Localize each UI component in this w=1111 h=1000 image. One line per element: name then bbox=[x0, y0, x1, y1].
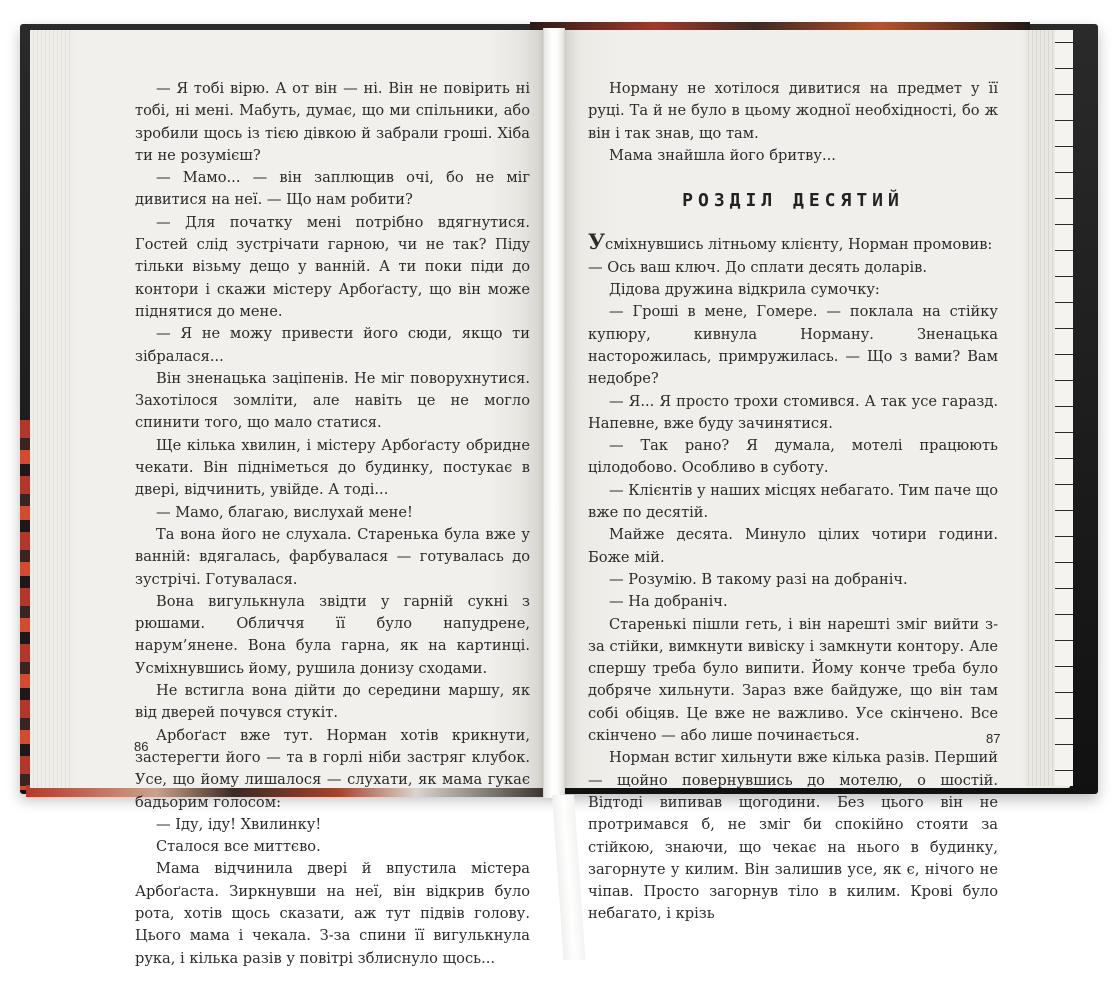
paragraph: Мама знайшла його бритву... bbox=[588, 145, 998, 167]
paragraph: — Іду, іду! Хвилинку! bbox=[135, 814, 530, 836]
paragraph: — Ось ваш ключ. До сплати десять доларів… bbox=[588, 257, 998, 279]
paragraph: Норман встиг хильнути вже кілька разів. … bbox=[588, 747, 998, 925]
paragraph: Норману не хотілося дивитися на предмет … bbox=[588, 78, 998, 145]
paragraph: — Розумію. В такому разі на добраніч. bbox=[588, 569, 998, 591]
left-page-text: — Я тобі вірю. А от він — ні. Він не пов… bbox=[135, 78, 530, 970]
paragraph: Він зненацька заціпенів. Не міг поворухн… bbox=[135, 368, 530, 435]
page-number-left: 86 bbox=[134, 739, 148, 754]
paragraph: Мама відчинила двері й впустила містера … bbox=[135, 858, 530, 969]
ribbon-bookmark-tail[interactable] bbox=[552, 795, 586, 960]
drop-cap: У bbox=[588, 229, 605, 254]
right-page-fore-edge bbox=[1055, 30, 1073, 786]
cover-art-top-edge bbox=[530, 22, 1030, 30]
paragraph: — Так рано? Я думала, мотелі працюють ці… bbox=[588, 435, 998, 480]
right-page-stack bbox=[1025, 30, 1055, 786]
paragraph: Старенькі пішли геть, і він нарешті зміг… bbox=[588, 614, 998, 748]
paragraph: — Мамо, благаю, вислухай мене! bbox=[135, 502, 530, 524]
paragraph: — Клієнтів у наших місцях небагато. Тим … bbox=[588, 480, 998, 525]
paragraph: Не встигла вона дійти до середини маршу,… bbox=[135, 680, 530, 725]
paragraph: Сталося все миттєво. bbox=[135, 836, 530, 858]
chapter-opening-paragraph: Усміхнувшись літньому клієнту, Норман пр… bbox=[588, 231, 998, 256]
chapter-title: РОЗДІЛ ДЕСЯТИЙ bbox=[588, 190, 998, 212]
ribbon-bookmark[interactable] bbox=[543, 28, 565, 798]
page-number-right: 87 bbox=[986, 731, 1000, 746]
paragraph: Майже десята. Минуло цілих чотири години… bbox=[588, 524, 998, 569]
paragraph: — Гроші в мене, Гомере. — поклала на сті… bbox=[588, 301, 998, 390]
paragraph: Та вона його не слухала. Старенька була … bbox=[135, 524, 530, 591]
left-page-stack bbox=[30, 30, 70, 788]
paragraph: — Мамо... — він заплющив очі, бо не міг … bbox=[135, 167, 530, 212]
paragraph: — На добраніч. bbox=[588, 591, 998, 613]
paragraph: — Для початку мені потрібно вдягнутися. … bbox=[135, 212, 530, 323]
paragraph: Вона вигулькнула звідти у гарній сукні з… bbox=[135, 591, 530, 680]
paragraph: Ще кілька хвилин, і містеру Арбоґасту об… bbox=[135, 435, 530, 502]
paragraph: — Я не можу привести його сюди, якщо ти … bbox=[135, 323, 530, 368]
paragraph: Арбоґаст вже тут. Норман хотів крикнути,… bbox=[135, 725, 530, 814]
paragraph: — Я... Я просто трохи стомився. А так ус… bbox=[588, 391, 998, 436]
chapter-first-line: сміхнувшись літньому клієнту, Норман про… bbox=[605, 236, 992, 253]
paragraph: — Я тобі вірю. А от він — ні. Він не пов… bbox=[135, 78, 530, 167]
right-page-text: Норману не хотілося дивитися на предмет … bbox=[588, 78, 998, 926]
paragraph: Дідова дружина відкрила сумочку: bbox=[588, 279, 998, 301]
